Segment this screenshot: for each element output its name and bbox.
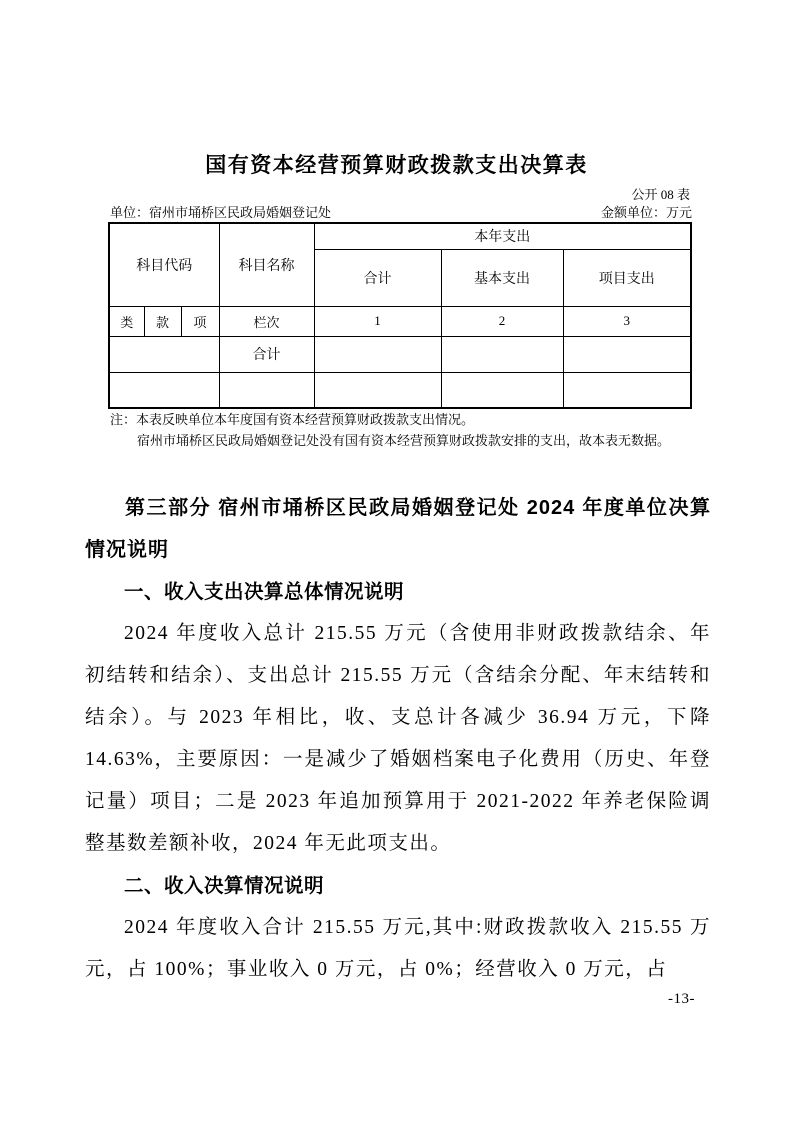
expenditure-table: 科目代码 科目名称 本年支出 合计 基本支出 项目支出 类 款 项 栏次 1 2… — [108, 222, 692, 409]
row-name-cell — [219, 372, 314, 408]
section1-paragraph: 2024 年度收入总计 215.55 万元（含使用非财政拨款结余、年初结转和结余… — [85, 613, 711, 865]
narrative-section: 第三部分 宿州市埇桥区民政局婚姻登记处 2024 年度单位决算情况说明 一、收入… — [85, 487, 711, 991]
row-code-cell — [109, 336, 219, 372]
table-notes: 注：本表反映单位本年度国有资本经营预算财政拨款支出情况。 宿州市埇桥区民政局婚姻… — [110, 409, 698, 452]
lane-sub-item: 项 — [181, 306, 219, 336]
row-project-cell — [563, 336, 691, 372]
part3-heading: 第三部分 宿州市埇桥区民政局婚姻登记处 2024 年度单位决算情况说明 — [85, 487, 711, 571]
lane-col2: 2 — [441, 306, 563, 336]
page-number: -13- — [668, 991, 695, 1008]
lane-col1: 1 — [314, 306, 441, 336]
table-row: 合计 — [109, 336, 691, 372]
document-title: 国有资本经营预算财政拨款支出决算表 — [0, 149, 793, 179]
header-current-year-expenditure: 本年支出 — [314, 223, 691, 249]
row-code-cell — [109, 372, 219, 408]
table-lane-row: 类 款 项 栏次 1 2 3 — [109, 306, 691, 336]
header-subject-name: 科目名称 — [219, 223, 314, 306]
table-row — [109, 372, 691, 408]
section1-heading: 一、收入支出决算总体情况说明 — [85, 571, 711, 613]
lane-col3: 3 — [563, 306, 691, 336]
row-total-cell — [314, 336, 441, 372]
section2-heading: 二、收入决算情况说明 — [85, 865, 711, 907]
section2-paragraph: 2024 年度收入合计 215.55 万元,其中:财政拨款收入 215.55 万… — [85, 907, 711, 991]
header-basic-expenditure: 基本支出 — [441, 249, 563, 306]
header-project-expenditure: 项目支出 — [563, 249, 691, 306]
unit-label: 单位：宿州市埇桥区民政局婚姻登记处 — [110, 202, 331, 221]
row-basic-cell — [441, 336, 563, 372]
row-name-cell: 合计 — [219, 336, 314, 372]
row-project-cell — [563, 372, 691, 408]
row-basic-cell — [441, 372, 563, 408]
note-line-2: 宿州市埇桥区民政局婚姻登记处没有国有资本经营预算财政拨款安排的支出，故本表无数据… — [110, 430, 698, 451]
note-line-1: 注：本表反映单位本年度国有资本经营预算财政拨款支出情况。 — [110, 409, 698, 430]
header-subject-code: 科目代码 — [109, 223, 219, 306]
lane-label: 栏次 — [219, 306, 314, 336]
row-total-cell — [314, 372, 441, 408]
lane-item: 款 — [144, 306, 181, 336]
amount-unit-label: 金额单位：万元 — [601, 202, 692, 221]
table-meta-row: 单位：宿州市埇桥区民政局婚姻登记处 金额单位：万元 — [110, 202, 692, 221]
header-total: 合计 — [314, 249, 441, 306]
table-code-label: 公开 08 表 — [631, 184, 690, 203]
table-header-row-1: 科目代码 科目名称 本年支出 — [109, 223, 691, 249]
document-page: 国有资本经营预算财政拨款支出决算表 公开 08 表 单位：宿州市埇桥区民政局婚姻… — [0, 0, 793, 1122]
lane-category: 类 — [109, 306, 144, 336]
